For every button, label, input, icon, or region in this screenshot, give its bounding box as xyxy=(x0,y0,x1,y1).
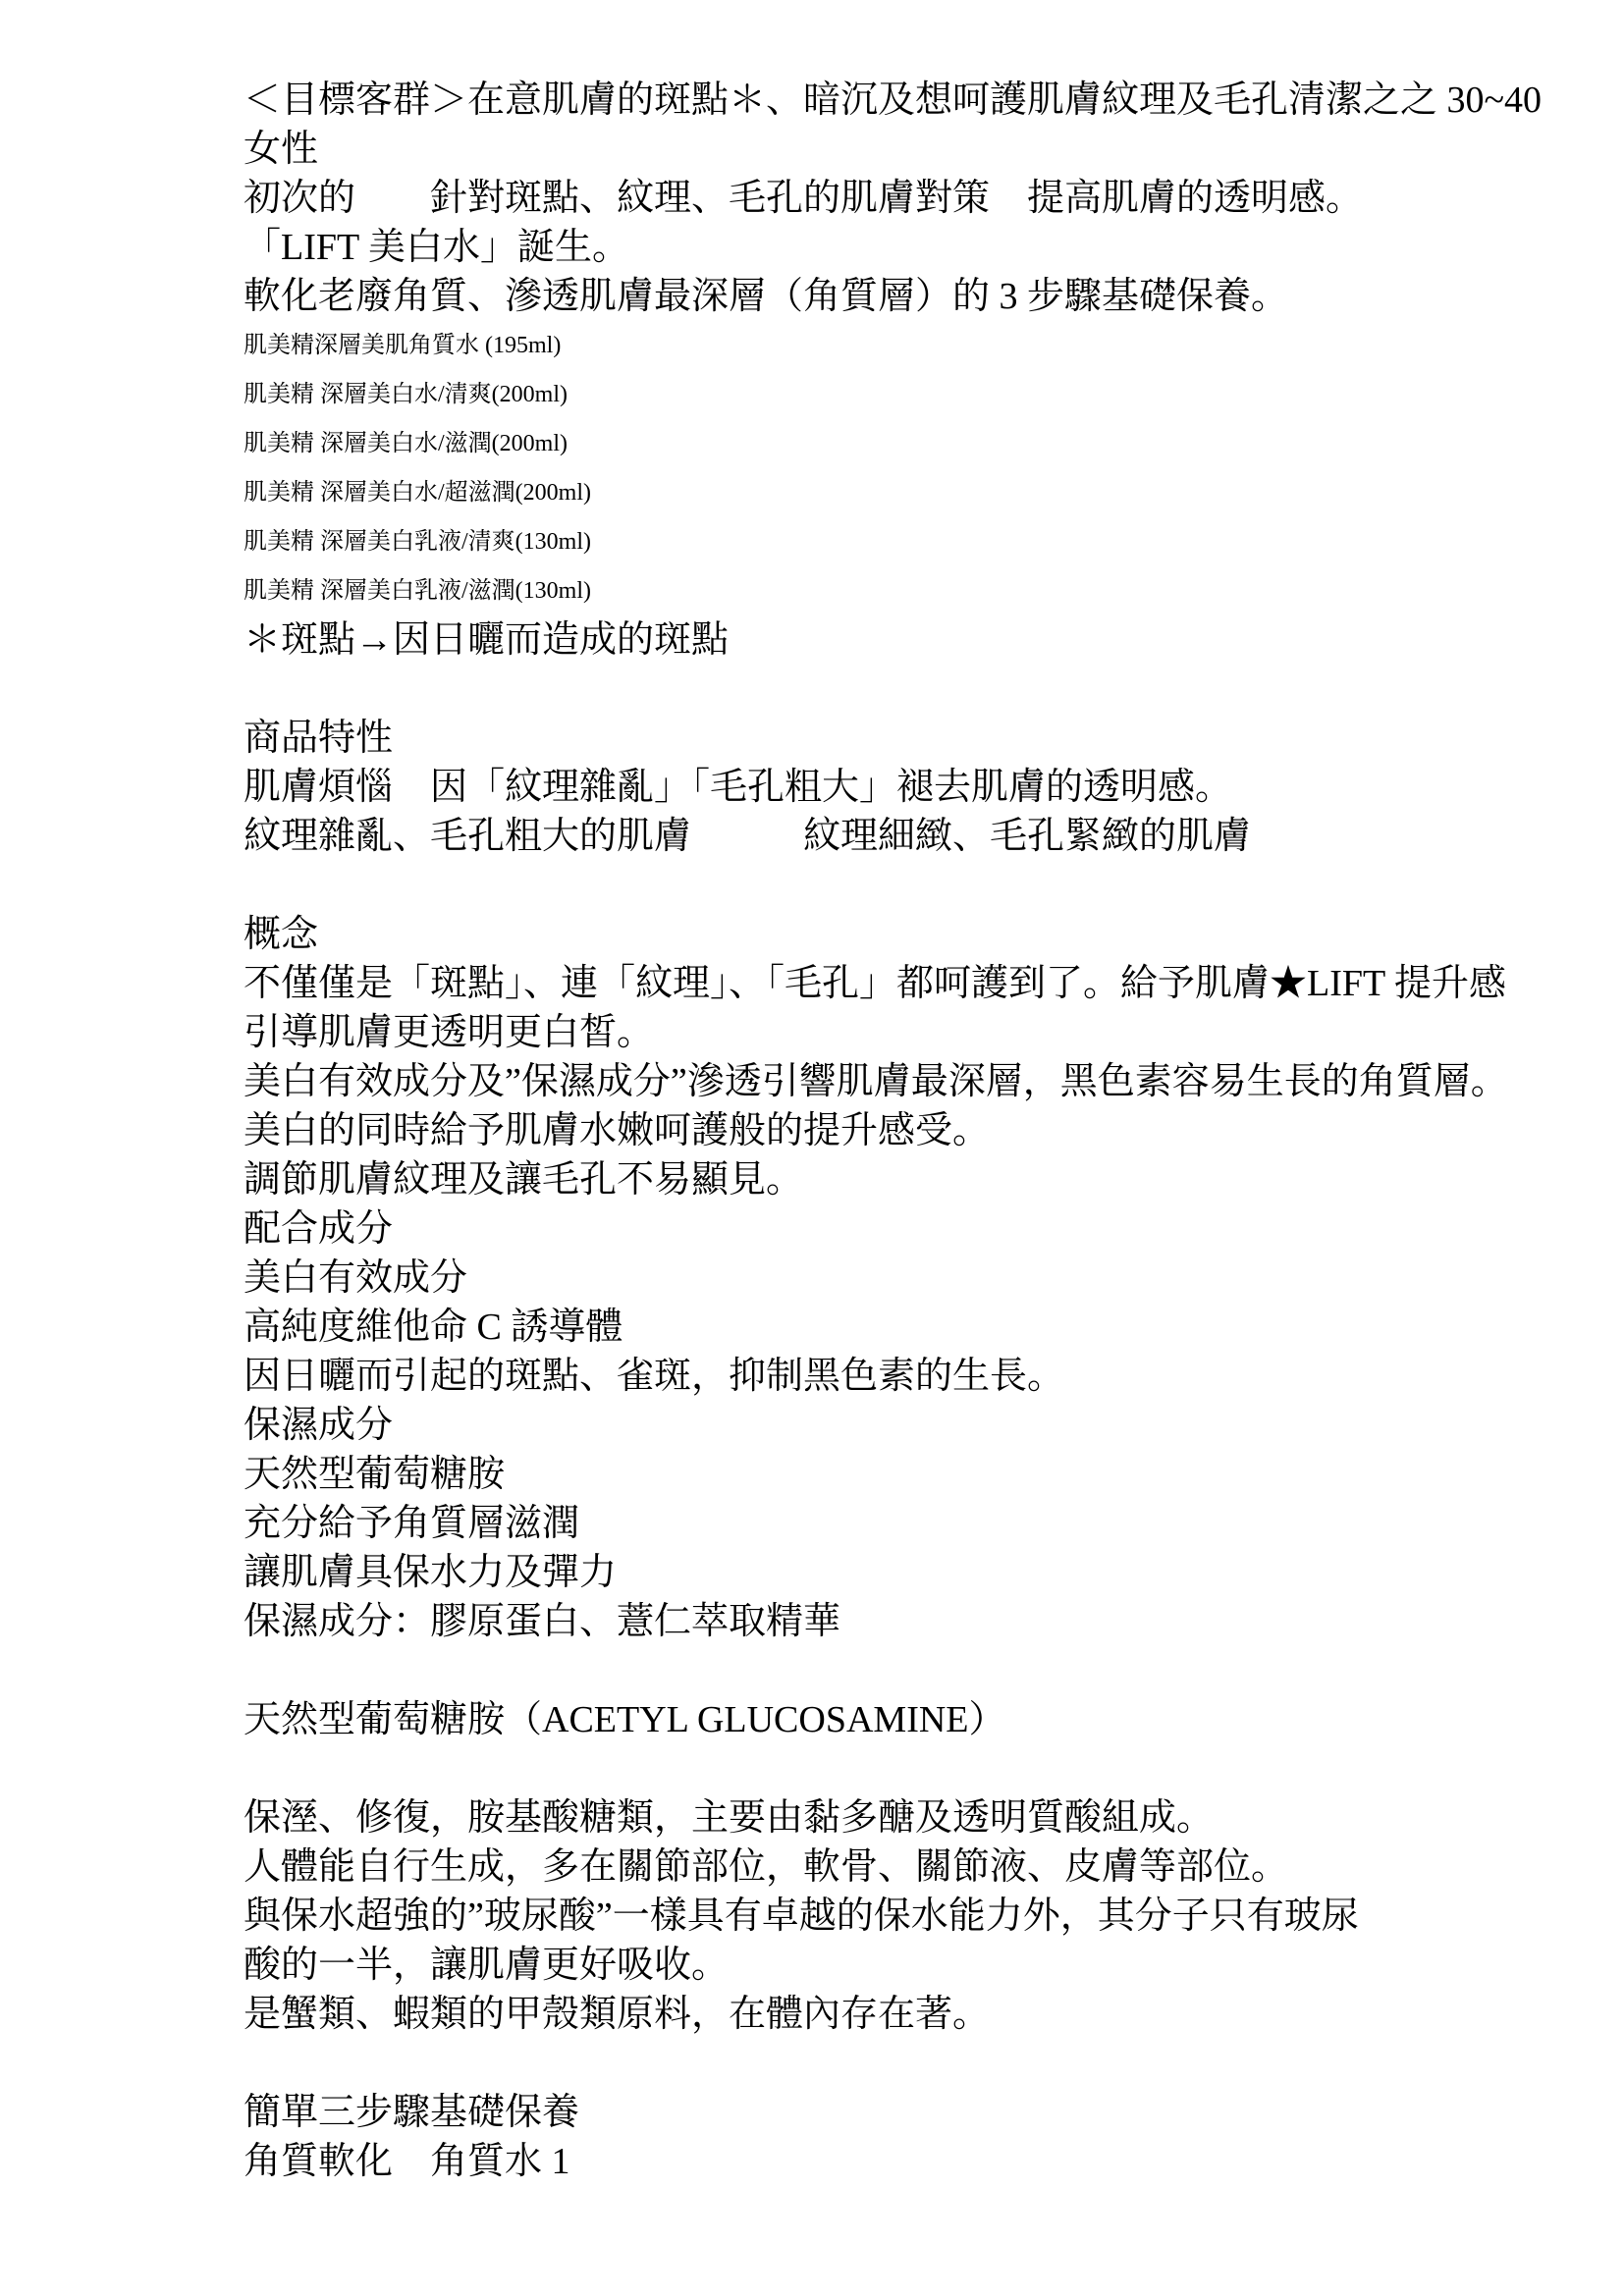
text-line: 不僅僅是「斑點」、連「紋理」、「毛孔」都呵護到了。給予肌膚★LIFT 提升感 xyxy=(244,959,1545,1008)
blank-line xyxy=(244,1744,1545,1793)
text-line: 天然型葡萄糖胺（ACETYL GLUCOSAMINE） xyxy=(244,1695,1545,1744)
text-line: 酸的一半，讓肌膚更好吸收。 xyxy=(244,1941,1545,1990)
blank-line xyxy=(244,2039,1545,2088)
text-line: 肌膚煩惱 因「紋理雜亂」「毛孔粗大」褪去肌膚的透明感。 xyxy=(244,763,1545,812)
text-line: 人體能自行生成，多在關節部位，軟骨、關節液、皮膚等部位。 xyxy=(244,1842,1545,1892)
text-line: 保濕成分：膠原蛋白、薏仁萃取精華 xyxy=(244,1597,1545,1646)
text-line: 紋理雜亂、毛孔粗大的肌膚 紋理細緻、毛孔緊緻的肌膚 xyxy=(244,812,1545,861)
text-line: 美白有效成分 xyxy=(244,1254,1545,1303)
text-line: 充分給予角質層滋潤 xyxy=(244,1499,1545,1548)
text-line: 肌美精深層美肌角質水 (195ml) xyxy=(244,321,1545,370)
text-line: 初次的 針對斑點、紋理、毛孔的肌膚對策 提高肌膚的透明感。 xyxy=(244,174,1545,223)
text-line: 高純度維他命 C 誘導體 xyxy=(244,1303,1545,1352)
text-line: 美白有效成分及”保濕成分”滲透引響肌膚最深層，黑色素容易生長的角質層。 xyxy=(244,1057,1545,1106)
text-line: 簡單三步驟基礎保養 xyxy=(244,2088,1545,2137)
text-line: 肌美精 深層美白乳液/清爽(130ml) xyxy=(244,517,1545,566)
blank-line xyxy=(244,665,1545,714)
text-line: 讓肌膚具保水力及彈力 xyxy=(244,1548,1545,1597)
text-line: 商品特性 xyxy=(244,714,1545,763)
text-line: 軟化老廢角質、滲透肌膚最深層（角質層）的 3 步驟基礎保養。 xyxy=(244,272,1545,321)
text-line: 肌美精 深層美白水/清爽(200ml) xyxy=(244,370,1545,419)
text-line: 女性 xyxy=(244,125,1545,174)
document-page: ＜目標客群＞在意肌膚的斑點＊、暗沉及想呵護肌膚紋理及毛孔清潔之之 30~40女性… xyxy=(0,0,1624,2296)
text-line: 肌美精 深層美白水/超滋潤(200ml) xyxy=(244,468,1545,517)
text-line: 調節肌膚紋理及讓毛孔不易顯見。 xyxy=(244,1155,1545,1204)
text-line: 天然型葡萄糖胺 xyxy=(244,1450,1545,1499)
text-line: 概念 xyxy=(244,910,1545,959)
blank-line xyxy=(244,1646,1545,1695)
text-line: 肌美精 深層美白乳液/滋潤(130ml) xyxy=(244,566,1545,615)
text-line: 肌美精 深層美白水/滋潤(200ml) xyxy=(244,419,1545,468)
text-line: 美白的同時給予肌膚水嫩呵護般的提升感受。 xyxy=(244,1106,1545,1155)
text-line: 角質軟化 角質水 1 xyxy=(244,2137,1545,2186)
text-line: 引導肌膚更透明更白皙。 xyxy=(244,1008,1545,1057)
document-content: ＜目標客群＞在意肌膚的斑點＊、暗沉及想呵護肌膚紋理及毛孔清潔之之 30~40女性… xyxy=(244,76,1545,2186)
text-line: ＊斑點→因日曬而造成的斑點 xyxy=(244,615,1545,665)
text-line: 保溼、修復，胺基酸糖類，主要由黏多醣及透明質酸組成。 xyxy=(244,1793,1545,1842)
text-line: 配合成分 xyxy=(244,1204,1545,1254)
text-line: 與保水超強的”玻尿酸”一樣具有卓越的保水能力外，其分子只有玻尿 xyxy=(244,1892,1545,1941)
blank-line xyxy=(244,861,1545,910)
text-line: 因日曬而引起的斑點、雀斑，抑制黑色素的生長。 xyxy=(244,1352,1545,1401)
text-line: 「LIFT 美白水」誕生。 xyxy=(244,223,1545,272)
text-line: 保濕成分 xyxy=(244,1401,1545,1450)
text-line: 是蟹類、蝦類的甲殼類原料，在體內存在著。 xyxy=(244,1990,1545,2039)
text-line: ＜目標客群＞在意肌膚的斑點＊、暗沉及想呵護肌膚紋理及毛孔清潔之之 30~40 xyxy=(244,76,1545,125)
